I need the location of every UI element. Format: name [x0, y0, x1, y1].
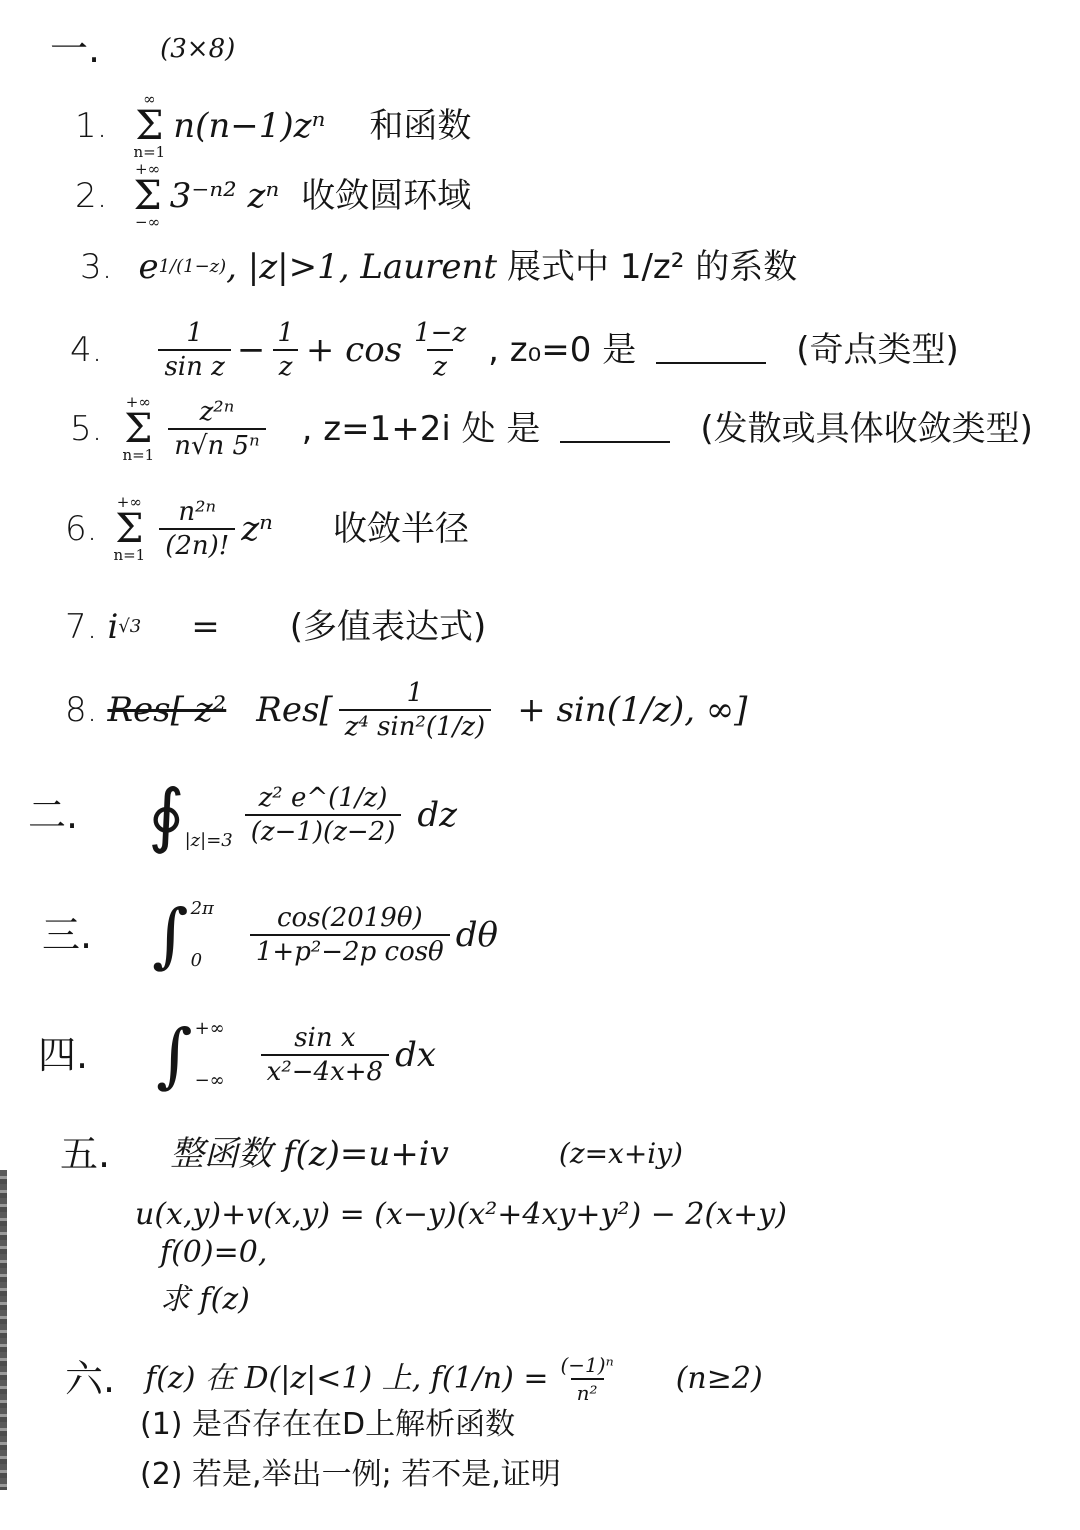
operator: − — [237, 333, 266, 367]
scan-edge-artifact — [0, 1170, 7, 1490]
operator: + cos — [306, 333, 402, 367]
fraction: 1z⁴ sin²(1/z) — [339, 680, 492, 740]
differential: dz — [417, 798, 457, 832]
problem-statement: f(z) 在 D(|z|<1) 上, f(1/n) = — [145, 1364, 548, 1394]
question-number: 5. — [70, 412, 102, 446]
power-exponent: √3 — [118, 618, 141, 636]
part6-question1: (1) 是否存在在D上解析函数 — [140, 1410, 515, 1440]
question-number: 1. — [75, 109, 107, 143]
differential: dθ — [456, 918, 498, 952]
fraction: 1−zz — [408, 320, 472, 380]
section-mark: 五. — [60, 1135, 110, 1173]
part3: 三. ∫2π0 cos(2019θ)1+p²−2p cosθ dθ — [42, 900, 498, 970]
answer-blank[interactable] — [560, 415, 670, 443]
condition: , |z|>1, Laurent — [226, 250, 497, 284]
task-text: (发散或具体收敛类型) — [700, 412, 1033, 446]
summation: +∞Σn=1 — [113, 495, 145, 563]
summation: +∞Σn=1 — [122, 395, 154, 463]
section-mark: 二. — [28, 796, 78, 834]
question-4: 4. 1sin z − 1z + cos 1−zz , z₀=0 是 (奇点类型… — [70, 320, 959, 380]
section-mark: 六. — [65, 1360, 115, 1398]
differential: dx — [395, 1038, 436, 1072]
condition: , z₀=0 是 — [488, 333, 636, 367]
section-mark: 三. — [42, 916, 92, 954]
fraction: z² e^(1/z)(z−1)(z−2) — [245, 785, 402, 845]
question-8: 8. Res[ z² Res[ 1z⁴ sin²(1/z) + sin(1/z)… — [65, 680, 747, 740]
fraction: sin xx²−4x+8 — [261, 1025, 389, 1085]
task-text: 收敛圆环域 — [301, 179, 471, 213]
contour-integral: ∮|z|=3 — [148, 780, 233, 850]
part5-line3: f(0)=0, — [160, 1238, 267, 1268]
variable-note: (z=x+iy) — [559, 1140, 683, 1168]
question-number: 6. — [65, 512, 97, 546]
question-2: 2. +∞Σ−∞ 3⁻ⁿ² zⁿ 收敛圆环域 — [75, 162, 471, 230]
series-expression: 3⁻ⁿ² zⁿ — [170, 179, 280, 213]
task-text: 收敛半径 — [333, 512, 469, 546]
fraction: z²ⁿn√n 5ⁿ — [168, 399, 265, 459]
condition: , z=1+2i 处 是 — [302, 412, 541, 446]
definite-integral: ∫2π0 — [152, 900, 214, 970]
problem-statement: 整函数 f(z)=u+iv — [170, 1137, 449, 1171]
task-text: (多值表达式) — [290, 610, 487, 644]
question-number: 4. — [70, 333, 102, 367]
fraction: 1sin z — [158, 320, 230, 380]
residue-label: Res[ — [256, 693, 332, 727]
equals-sign: = — [191, 610, 220, 644]
score-note: (3×8) — [160, 36, 235, 62]
part6-question2: (2) 若是,举出一例; 若不是,证明 — [140, 1460, 561, 1490]
part5-line4: 求 f(z) — [160, 1285, 250, 1315]
part2: 二. ∮|z|=3 z² e^(1/z)(z−1)(z−2) dz — [28, 780, 457, 850]
question-number: 8. — [65, 693, 97, 727]
section-mark: 一. — [50, 30, 100, 68]
question-7: 7. i√3 = (多值表达式) — [65, 610, 486, 644]
exam-sheet: 一. (3×8) 1. ∞Σn=1 n(n−1)zⁿ 和函数 2. +∞Σ−∞ … — [0, 0, 1080, 1530]
answer-blank[interactable] — [656, 336, 766, 364]
question-6: 6. +∞Σn=1 n²ⁿ(2n)! zⁿ 收敛半径 — [65, 495, 469, 563]
question-number: 7. — [65, 610, 97, 644]
residue-tail: + sin(1/z), ∞] — [517, 693, 747, 727]
exp-power: 1/(1−z) — [159, 258, 227, 276]
section-mark: 四. — [38, 1036, 88, 1074]
question-5: 5. +∞Σn=1 z²ⁿn√n 5ⁿ , z=1+2i 处 是 (发散或具体收… — [70, 395, 1033, 463]
fraction: n²ⁿ(2n)! — [159, 499, 235, 559]
exp-base: e — [138, 250, 158, 284]
question-number: 3. — [80, 250, 112, 284]
part4: 四. ∫+∞−∞ sin xx²−4x+8 dx — [38, 1020, 436, 1090]
power-base: i — [107, 610, 118, 644]
question-number: 2. — [75, 179, 107, 213]
question-1: 1. ∞Σn=1 n(n−1)zⁿ 和函数 — [75, 92, 471, 160]
summation: +∞Σ−∞ — [133, 162, 161, 230]
condition: (n≥2) — [676, 1364, 763, 1394]
task-text: 和函数 — [369, 109, 471, 143]
fraction: cos(2019θ)1+p²−2p cosθ — [250, 905, 450, 965]
part5-line1: 五. 整函数 f(z)=u+iv (z=x+iy) — [60, 1135, 683, 1173]
struck-out-text: Res[ z² — [107, 693, 226, 727]
question-3: 3. e1/(1−z) , |z|>1, Laurent 展式中 1/z² 的系… — [80, 250, 797, 284]
fraction: (−1)ⁿn² — [555, 1355, 620, 1403]
series-expression: n(n−1)zⁿ — [173, 109, 325, 143]
fraction: 1z — [271, 320, 300, 380]
series-tail: zⁿ — [241, 512, 273, 546]
part6-line1: 六. f(z) 在 D(|z|<1) 上, f(1/n) = (−1)ⁿn² (… — [65, 1355, 763, 1403]
task-text: 展式中 1/z² 的系数 — [507, 250, 797, 284]
task-text: (奇点类型) — [796, 333, 959, 367]
improper-integral: ∫+∞−∞ — [156, 1020, 225, 1090]
summation: ∞Σn=1 — [133, 92, 165, 160]
part5-line2: u(x,y)+v(x,y) = (x−y)(x²+4xy+y²) − 2(x+y… — [135, 1200, 787, 1230]
part1-header: 一. (3×8) — [50, 30, 235, 68]
